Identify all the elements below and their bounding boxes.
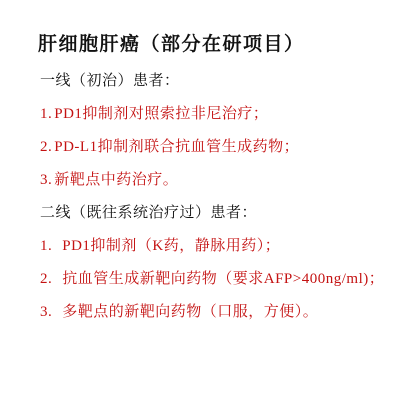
list-item-number: 3. xyxy=(40,296,52,329)
list-item-text: 抗血管生成新靶向药物（要求AFP>400ng/ml)； xyxy=(62,271,384,287)
list-item: 3.多靶点的新靶向药物（口服，方便）。 xyxy=(40,296,402,329)
document-page: 肝细胞肝癌（部分在研项目） 一线（初治）患者： 1.PD1抑制剂对照索拉非尼治疗… xyxy=(0,0,412,394)
list-item-number: 1. xyxy=(40,98,52,131)
section-heading-first-line: 一线（初治）患者： xyxy=(40,65,402,98)
list-item-text: PD1抑制剂对照索拉非尼治疗； xyxy=(54,106,268,122)
document-body: 一线（初治）患者： 1.PD1抑制剂对照索拉非尼治疗； 2.PD-L1抑制剂联合… xyxy=(40,65,402,329)
list-item-text: 多靶点的新靶向药物（口服，方便）。 xyxy=(62,304,318,320)
list-item-number: 2. xyxy=(40,131,52,164)
list-item-text: 新靶点中药治疗。 xyxy=(54,172,178,188)
list-item-text: PD1抑制剂（K药，静脉用药）； xyxy=(62,238,280,254)
list-item: 2.PD-L1抑制剂联合抗血管生成药物； xyxy=(40,131,402,164)
page-title: 肝细胞肝癌（部分在研项目） xyxy=(38,29,305,56)
list-item: 3.新靶点中药治疗。 xyxy=(40,164,402,197)
list-item-text: PD-L1抑制剂联合抗血管生成药物； xyxy=(54,139,299,155)
list-item-number: 1. xyxy=(40,230,52,263)
list-item-number: 3. xyxy=(40,164,52,197)
list-item: 1.PD1抑制剂（K药，静脉用药）； xyxy=(40,230,402,263)
list-item-number: 2. xyxy=(40,263,52,296)
section-heading-second-line: 二线（既往系统治疗过）患者： xyxy=(40,197,402,230)
list-item: 2.抗血管生成新靶向药物（要求AFP>400ng/ml)； xyxy=(40,263,402,296)
list-item: 1.PD1抑制剂对照索拉非尼治疗； xyxy=(40,98,402,131)
